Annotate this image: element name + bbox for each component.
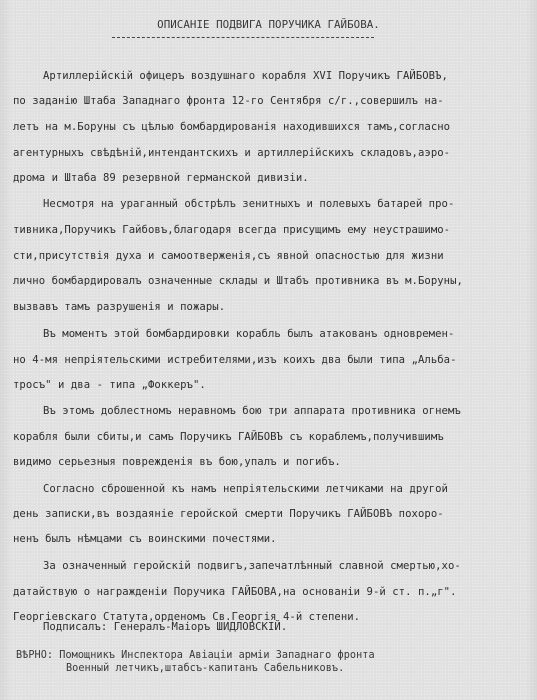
paragraph-3-line: тросъ" и два - типа „Фоккеръ". [13, 378, 206, 392]
paragraph-5-line: ненъ былъ нѣмцами съ воинскими почестями… [13, 532, 277, 546]
paragraph-2-line: Несмотря на ураганный обстрѣлъ зенитныхъ… [43, 197, 454, 211]
paragraph-3-line: Въ моментъ этой бомбардировки корабль бы… [43, 327, 454, 341]
paragraph-1-line: дрома и Штаба 89 резервной германской ди… [13, 171, 309, 185]
paragraph-2-line: сти,присутствія духа и самоотверженія,съ… [13, 249, 444, 263]
paragraph-2-line: тивника,Поручикъ Гайбовъ,благодаря всегд… [13, 223, 450, 237]
paragraph-1-line: летъ на м.Боруны съ цѣлью бомбардировані… [13, 120, 450, 134]
paragraph-5-line: день записки,въ воздаяніе геройской смер… [13, 507, 444, 521]
paragraph-6-line: датайствую о награжденіи Поручика ГАЙБОВ… [13, 585, 457, 599]
paragraph-1-line: Артиллерійскій офицеръ воздушнаго корабл… [43, 69, 448, 83]
paragraph-6-line: За означенный геройскій подвигъ,запечатл… [43, 559, 461, 573]
paragraph-5-line: Согласно сброшенной къ намъ непріятельск… [43, 482, 448, 496]
paragraph-4-line: видимо серьезныя поврежденія въ бою,упал… [13, 455, 341, 469]
paragraph-2-line: лично бомбардировалъ означенные склады и… [13, 274, 463, 288]
paragraph-2-line: вызвавъ тамъ разрушенія и пожары. [13, 300, 225, 314]
certification-line-2: Военный летчикъ,штабсъ-капитанъ Сабельни… [66, 663, 344, 674]
paragraph-1-line: агентурныхъ свѣдѣній,интендантскихъ и ар… [13, 146, 450, 160]
paragraph-3-line: но 4-мя непріятельскими истребителями,из… [13, 353, 457, 367]
certification-line-1: ВѢРНО: Помощникъ Инспектора Авіаціи армі… [16, 650, 375, 661]
document-title: ОПИСАНІЕ ПОДВИГА ПОРУЧИКА ГАЙБОВА. [0, 18, 537, 31]
document-page: ОПИСАНІЕ ПОДВИГА ПОРУЧИКА ГАЙБОВА. Артил… [0, 0, 537, 700]
signature-line: Подписалъ: Генералъ-Маіоръ ШИДЛОВСКІЙ. [43, 621, 287, 633]
paragraph-4-line: корабля были сбиты,и самъ Поручикъ ГАЙБО… [13, 430, 444, 444]
paragraph-1-line: по заданію Штаба Западнаго фронта 12-го … [13, 94, 444, 108]
paragraph-4-line: Въ этомъ доблестномъ неравномъ бою три а… [43, 404, 461, 418]
title-underline [112, 37, 374, 38]
